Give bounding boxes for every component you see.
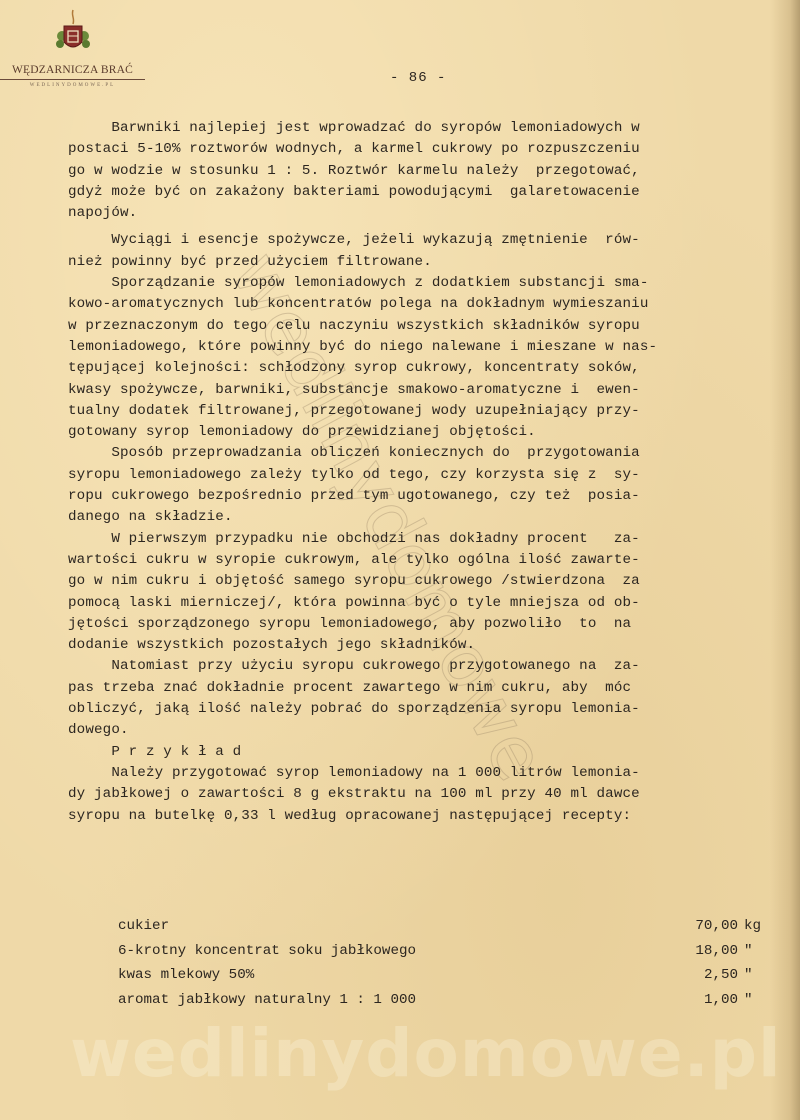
text-line: tępującej kolejności: schłodzony syrop c… [68, 358, 788, 379]
text-line: go w nim cukru i objętość samego syropu … [68, 571, 788, 592]
text-line: syropu lemoniadowego zależy tylko od teg… [68, 465, 788, 486]
text-line: P r z y k ł a d [68, 742, 788, 763]
recipe-row: cukier70,00kg [118, 918, 768, 943]
recipe-name: 6-krotny koncentrat soku jabłkowego [118, 943, 416, 959]
text-line: postaci 5-10% roztworów wodnych, a karme… [68, 139, 788, 160]
text-line: syropu na butelkę 0,33 l według opracowa… [68, 806, 788, 827]
recipe-name: kwas mlekowy 50% [118, 967, 254, 983]
logo-divider [0, 79, 145, 80]
text-line: lemoniadowego, które powinny być do nieg… [68, 337, 788, 358]
text-line: pomocą laski mierniczej/, która powinna … [68, 593, 788, 614]
recipe-amount: 2,50 [704, 967, 738, 983]
text-line: pas trzeba znać dokładnie procent zawart… [68, 678, 788, 699]
text-line: tualny dodatek filtrowanej, przegotowane… [68, 401, 788, 422]
page-number: - 86 - [390, 70, 446, 86]
text-line: kwasy spożywcze, barwniki, substancje sm… [68, 380, 788, 401]
recipe-row: aromat jabłkowy naturalny 1 : 1 0001,00" [118, 992, 768, 1017]
recipe-name: cukier [118, 918, 169, 934]
text-line: Barwniki najlepiej jest wprowadzać do sy… [68, 118, 788, 139]
recipe-unit: " [744, 967, 768, 983]
crest-icon [53, 8, 93, 58]
watermark-text: wedlinydomowe.pl [70, 1015, 782, 1092]
text-line: dy jabłkowej o zawartości 8 g ekstraktu … [68, 784, 788, 805]
recipe-row: kwas mlekowy 50%2,50" [118, 967, 768, 992]
logo-url: WEDLINYDOMOWE.PL [0, 83, 145, 88]
text-line: napojów. [68, 203, 788, 224]
text-line: dowego. [68, 720, 788, 741]
recipe-amount: 18,00 [695, 943, 738, 959]
logo-name: WĘDZARNICZA BRAĆ [0, 64, 145, 76]
text-line: Natomiast przy użyciu syropu cukrowego p… [68, 656, 788, 677]
text-line: gotowany syrop lemoniadowy do przewidzia… [68, 422, 788, 443]
document-body: Barwniki najlepiej jest wprowadzać do sy… [68, 118, 788, 827]
text-line: Wyciągi i esencje spożywcze, jeżeli wyka… [68, 230, 788, 251]
text-line: W pierwszym przypadku nie obchodzi nas d… [68, 529, 788, 550]
recipe-row: 6-krotny koncentrat soku jabłkowego18,00… [118, 943, 768, 968]
text-line: Sporządzanie syropów lemoniadowych z dod… [68, 273, 788, 294]
text-line: obliczyć, jaką ilość należy pobrać do sp… [68, 699, 788, 720]
site-logo: WĘDZARNICZA BRAĆ WEDLINYDOMOWE.PL [0, 8, 145, 88]
text-line: go w wodzie w stosunku 1 : 5. Roztwór ka… [68, 161, 788, 182]
text-line: kowo-aromatycznych lub koncentratów pole… [68, 294, 788, 315]
recipe-unit: " [744, 943, 768, 959]
text-line: danego na składzie. [68, 507, 788, 528]
text-line: wartości cukru w syropie cukrowym, ale t… [68, 550, 788, 571]
recipe-unit: kg [744, 918, 768, 934]
text-line: Sposób przeprowadzania obliczeń konieczn… [68, 443, 788, 464]
text-line: jętości sporządzonego syropu lemoniadowe… [68, 614, 788, 635]
recipe-table: cukier70,00kg6-krotny koncentrat soku ja… [118, 918, 768, 1016]
text-line: w przeznaczonym do tego celu naczyniu ws… [68, 316, 788, 337]
recipe-unit: " [744, 992, 768, 1008]
text-line: gdyż może być on zakażony bakteriami pow… [68, 182, 788, 203]
text-line: ropu cukrowego bezpośrednio przed tym ug… [68, 486, 788, 507]
text-line: dodanie wszystkich pozostałych jego skła… [68, 635, 788, 656]
text-line: Należy przygotować syrop lemoniadowy na … [68, 763, 788, 784]
recipe-amount: 1,00 [704, 992, 738, 1008]
recipe-amount: 70,00 [695, 918, 738, 934]
recipe-name: aromat jabłkowy naturalny 1 : 1 000 [118, 992, 416, 1008]
text-line: nież powinny być przed użyciem filtrowan… [68, 252, 788, 273]
